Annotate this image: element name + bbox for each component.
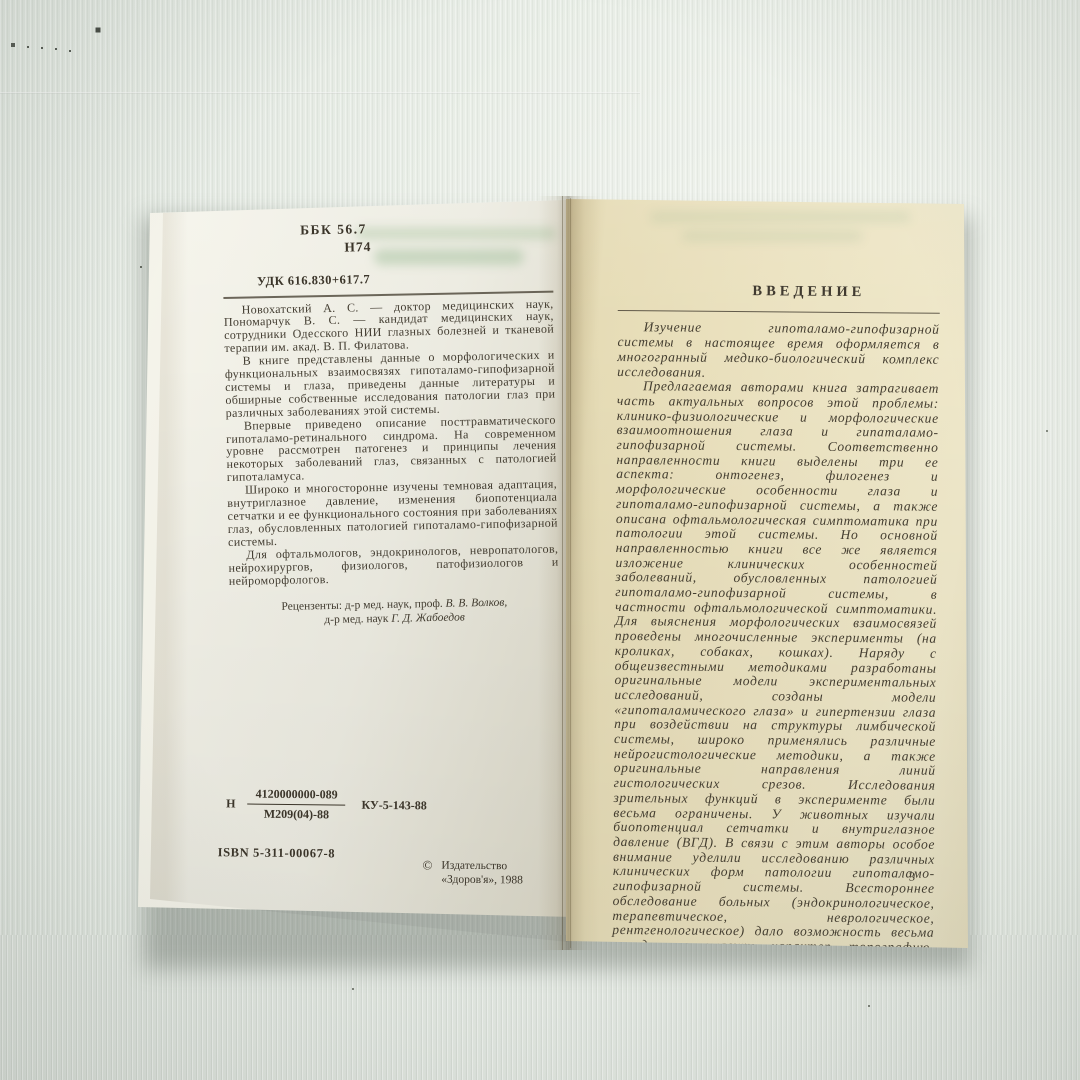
photo-scene: ББК 56.7 Н74 УДК 616.830+617.7 Новохатск…: [0, 0, 1080, 1080]
photo-vignette: [0, 0, 1080, 1080]
